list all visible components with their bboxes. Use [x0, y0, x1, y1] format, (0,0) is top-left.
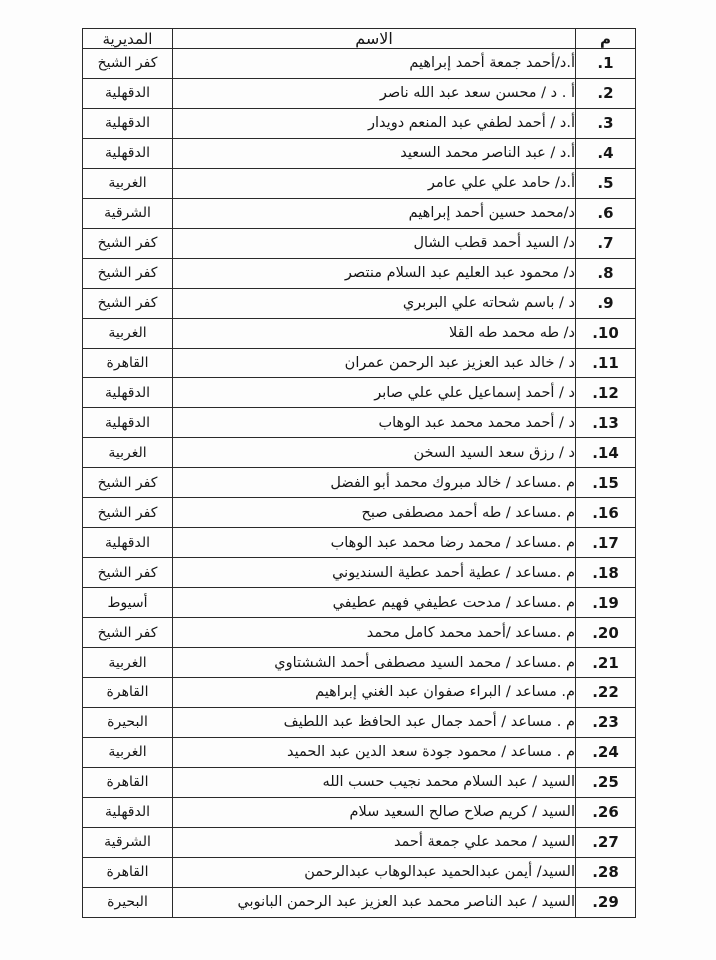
table-row: 18. م .مساعد / عطية أحمد عطية السنديوني … [83, 558, 636, 588]
table-row: 29. السيد / عبد الناصر محمد عبد العزيز ع… [83, 887, 636, 917]
row-directorate-cell: كفر الشيخ [83, 558, 173, 588]
row-number-cell: 19. [576, 588, 636, 618]
row-directorate-cell: الغربية [83, 168, 173, 198]
table-row: 10. د/ طه محمد طه القلا الغربية [83, 318, 636, 348]
row-directorate-cell: أسيوط [83, 588, 173, 618]
row-number-cell: 2. [576, 78, 636, 108]
row-directorate-cell: القاهرة [83, 678, 173, 708]
row-number-cell: 3. [576, 108, 636, 138]
row-number-cell: 29. [576, 887, 636, 917]
row-number-cell: 14. [576, 438, 636, 468]
row-name-cell: أ.د/ حامد علي علي عامر [173, 168, 576, 198]
row-directorate-cell: كفر الشيخ [83, 228, 173, 258]
table-row: 23. م . مساعد / أحمد جمال عبد الحافظ عبد… [83, 707, 636, 737]
row-number-cell: 5. [576, 168, 636, 198]
table-row: 3. أ.د / أحمد لطفي عبد المنعم دويدار الد… [83, 108, 636, 138]
row-number-cell: 6. [576, 198, 636, 228]
row-directorate-cell: الغربية [83, 438, 173, 468]
header-number-cell: م [576, 29, 636, 49]
row-name-cell: السيد/ أيمن عبدالحميد عبدالوهاب عبدالرحم… [173, 857, 576, 887]
row-directorate-cell: كفر الشيخ [83, 618, 173, 648]
row-directorate-cell: البحيرة [83, 887, 173, 917]
row-name-cell: م . مساعد / أحمد جمال عبد الحافظ عبد الل… [173, 707, 576, 737]
row-directorate-cell: كفر الشيخ [83, 498, 173, 528]
staff-table: م الاسم المديرية 1. أ.د/أحمد جمعة أحمد إ… [82, 28, 636, 918]
row-name-cell: م .مساعد / مدحت عطيفي فهيم عطيفي [173, 588, 576, 618]
table-row: 15. م .مساعد / خالد مبروك محمد أبو الفضل… [83, 468, 636, 498]
row-name-cell: م .مساعد / عطية أحمد عطية السنديوني [173, 558, 576, 588]
row-directorate-cell: القاهرة [83, 348, 173, 378]
row-directorate-cell: كفر الشيخ [83, 258, 173, 288]
table-row: 11. د / خالد عبد العزيز عبد الرحمن عمران… [83, 348, 636, 378]
table-row: 12. د / أحمد إسماعيل علي علي صابر الدقهل… [83, 378, 636, 408]
table-row: 5. أ.د/ حامد علي علي عامر الغربية [83, 168, 636, 198]
table-row: 14. د / رزق سعد السيد السخن الغربية [83, 438, 636, 468]
row-directorate-cell: الشرقية [83, 198, 173, 228]
row-name-cell: م .مساعد / محمد رضا محمد عبد الوهاب [173, 528, 576, 558]
row-number-cell: 21. [576, 648, 636, 678]
row-directorate-cell: الدقهلية [83, 378, 173, 408]
row-directorate-cell: الدقهلية [83, 78, 173, 108]
row-number-cell: 8. [576, 258, 636, 288]
table-row: 16. م .مساعد / طه أحمد مصطفى صبح كفر الش… [83, 498, 636, 528]
table-row: 2. أ . د / محسن سعد عبد الله ناصر الدقهل… [83, 78, 636, 108]
row-number-cell: 27. [576, 827, 636, 857]
row-number-cell: 7. [576, 228, 636, 258]
row-name-cell: د/محمد حسين أحمد إبراهيم [173, 198, 576, 228]
row-directorate-cell: القاهرة [83, 767, 173, 797]
row-name-cell: أ.د / أحمد لطفي عبد المنعم دويدار [173, 108, 576, 138]
row-number-cell: 16. [576, 498, 636, 528]
row-directorate-cell: الدقهلية [83, 797, 173, 827]
row-directorate-cell: الدقهلية [83, 408, 173, 438]
row-name-cell: م . مساعد / محمود جودة سعد الدين عبد الح… [173, 737, 576, 767]
table-row: 6. د/محمد حسين أحمد إبراهيم الشرقية [83, 198, 636, 228]
row-number-cell: 9. [576, 288, 636, 318]
row-name-cell: د/ السيد أحمد قطب الشال [173, 228, 576, 258]
header-row: م الاسم المديرية [83, 29, 636, 49]
row-directorate-cell: الغربية [83, 318, 173, 348]
row-name-cell: السيد / كريم صلاح صالح السعيد سلام [173, 797, 576, 827]
row-number-cell: 11. [576, 348, 636, 378]
table-row: 1. أ.د/أحمد جمعة أحمد إبراهيم كفر الشيخ [83, 49, 636, 79]
row-number-cell: 4. [576, 138, 636, 168]
row-name-cell: د / أحمد محمد محمد عبد الوهاب [173, 408, 576, 438]
table-row: 9. د / باسم شحاته علي البربري كفر الشيخ [83, 288, 636, 318]
row-number-cell: 25. [576, 767, 636, 797]
row-name-cell: السيد / عبد الناصر محمد عبد العزيز عبد ا… [173, 887, 576, 917]
row-number-cell: 10. [576, 318, 636, 348]
row-directorate-cell: الغربية [83, 737, 173, 767]
row-name-cell: السيد / محمد علي جمعة أحمد [173, 827, 576, 857]
scanned-document-page: م الاسم المديرية 1. أ.د/أحمد جمعة أحمد إ… [0, 0, 716, 960]
table-row: 4. أ.د / عبد الناصر محمد السعيد الدقهلية [83, 138, 636, 168]
row-number-cell: 28. [576, 857, 636, 887]
row-directorate-cell: البحيرة [83, 707, 173, 737]
table-row: 19. م .مساعد / مدحت عطيفي فهيم عطيفي أسي… [83, 588, 636, 618]
row-number-cell: 17. [576, 528, 636, 558]
table-row: 20. م .مساعد /أحمد محمد كامل محمد كفر ال… [83, 618, 636, 648]
row-name-cell: م .مساعد / طه أحمد مصطفى صبح [173, 498, 576, 528]
row-directorate-cell: الغربية [83, 648, 173, 678]
row-directorate-cell: كفر الشيخ [83, 288, 173, 318]
row-name-cell: د / خالد عبد العزيز عبد الرحمن عمران [173, 348, 576, 378]
table-body: 1. أ.د/أحمد جمعة أحمد إبراهيم كفر الشيخ … [83, 49, 636, 918]
row-number-cell: 13. [576, 408, 636, 438]
table-row: 27. السيد / محمد علي جمعة أحمد الشرقية [83, 827, 636, 857]
table-row: 25. السيد / عبد السلام محمد نجيب حسب الل… [83, 767, 636, 797]
header-name-cell: الاسم [173, 29, 576, 49]
row-directorate-cell: القاهرة [83, 857, 173, 887]
row-number-cell: 26. [576, 797, 636, 827]
row-number-cell: 15. [576, 468, 636, 498]
row-name-cell: م .مساعد / محمد السيد مصطفى أحمد الششتاو… [173, 648, 576, 678]
header-directorate-cell: المديرية [83, 29, 173, 49]
row-directorate-cell: كفر الشيخ [83, 468, 173, 498]
table-row: 17. م .مساعد / محمد رضا محمد عبد الوهاب … [83, 528, 636, 558]
table-row: 8. د/ محمود عبد العليم عبد السلام منتصر … [83, 258, 636, 288]
row-name-cell: م .مساعد / خالد مبروك محمد أبو الفضل [173, 468, 576, 498]
row-number-cell: 1. [576, 49, 636, 79]
row-number-cell: 12. [576, 378, 636, 408]
table-row: 7. د/ السيد أحمد قطب الشال كفر الشيخ [83, 228, 636, 258]
row-directorate-cell: كفر الشيخ [83, 49, 173, 79]
row-name-cell: د / باسم شحاته علي البربري [173, 288, 576, 318]
row-name-cell: د / أحمد إسماعيل علي علي صابر [173, 378, 576, 408]
row-number-cell: 20. [576, 618, 636, 648]
row-name-cell: د/ طه محمد طه القلا [173, 318, 576, 348]
row-name-cell: السيد / عبد السلام محمد نجيب حسب الله [173, 767, 576, 797]
table-row: 26. السيد / كريم صلاح صالح السعيد سلام ا… [83, 797, 636, 827]
table-row: 13. د / أحمد محمد محمد عبد الوهاب الدقهل… [83, 408, 636, 438]
row-name-cell: د / رزق سعد السيد السخن [173, 438, 576, 468]
row-name-cell: أ.د / عبد الناصر محمد السعيد [173, 138, 576, 168]
row-directorate-cell: الدقهلية [83, 528, 173, 558]
row-number-cell: 23. [576, 707, 636, 737]
row-number-cell: 22. [576, 678, 636, 708]
table-row: 21. م .مساعد / محمد السيد مصطفى أحمد الش… [83, 648, 636, 678]
table-header: م الاسم المديرية [83, 29, 636, 49]
table-row: 24. م . مساعد / محمود جودة سعد الدين عبد… [83, 737, 636, 767]
row-name-cell: أ.د/أحمد جمعة أحمد إبراهيم [173, 49, 576, 79]
table-row: 28. السيد/ أيمن عبدالحميد عبدالوهاب عبدا… [83, 857, 636, 887]
row-name-cell: د/ محمود عبد العليم عبد السلام منتصر [173, 258, 576, 288]
table-row: 22. م. مساعد / البراء صفوان عبد الغني إب… [83, 678, 636, 708]
row-name-cell: م. مساعد / البراء صفوان عبد الغني إبراهي… [173, 678, 576, 708]
row-number-cell: 18. [576, 558, 636, 588]
row-directorate-cell: الشرقية [83, 827, 173, 857]
row-name-cell: م .مساعد /أحمد محمد كامل محمد [173, 618, 576, 648]
row-name-cell: أ . د / محسن سعد عبد الله ناصر [173, 78, 576, 108]
row-directorate-cell: الدقهلية [83, 138, 173, 168]
row-number-cell: 24. [576, 737, 636, 767]
row-directorate-cell: الدقهلية [83, 108, 173, 138]
